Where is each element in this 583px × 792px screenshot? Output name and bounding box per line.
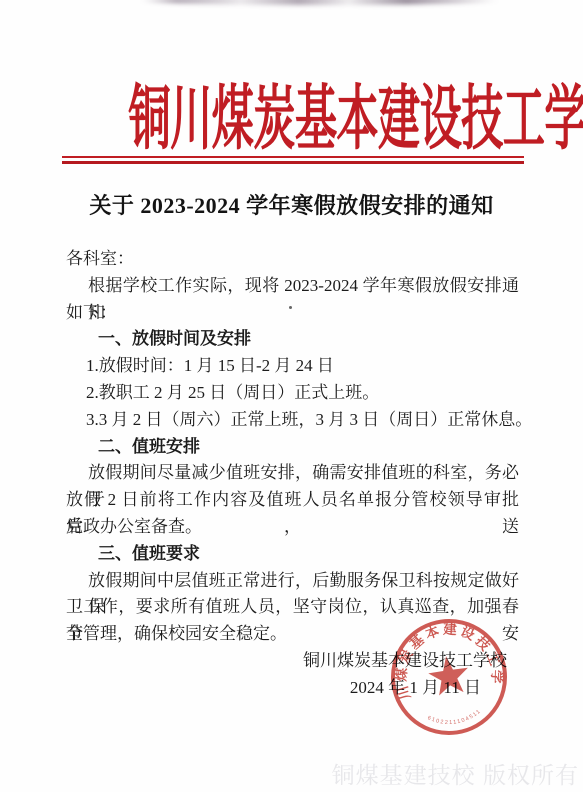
ink-speck	[289, 306, 292, 309]
section2-line1: 放假期间尽量减少值班安排，确需安排值班的科室，务必于	[66, 460, 519, 487]
copyright-watermark: 铜煤基建技校 版权所有	[332, 757, 579, 790]
school-name-header: 铜川煤炭基本建设技工学校	[129, 62, 583, 163]
scanned-notice-page: 铜川煤炭基本建设技工学校 关于 2023-2024 学年寒假放假安排的通知 各科…	[0, 0, 583, 792]
letterhead: 铜川煤炭基本建设技工学校	[0, 62, 583, 154]
section3-heading: 三、值班要求	[66, 541, 519, 568]
notice-title: 关于 2023-2024 学年寒假放假安排的通知	[0, 189, 583, 220]
letterhead-divider-thick	[62, 161, 524, 165]
scan-edge-artifact	[140, 0, 500, 5]
section1-heading: 一、放假时间及安排	[66, 326, 519, 353]
section1-item2: 2.教职工 2 月 25 日（周日）正式上班。	[66, 380, 519, 407]
salutation: 各科室：	[66, 246, 519, 273]
section2-line2: 放假 2 日前将工作内容及值班人员名单报分管校领导审批后，送	[66, 487, 519, 514]
section1-item3: 3.3 月 2 日（周六）正常上班，3 月 3 日（周日）正常休息。	[66, 407, 519, 434]
section2-heading: 二、值班安排	[66, 434, 519, 461]
section1-item1: 1.放假时间：1 月 15 日-2 月 24 日	[66, 353, 519, 380]
seal-graphic: 铜川煤炭基本建设技工学校 6102211104511	[364, 592, 533, 761]
intro-line-1: 根据学校工作实际，现将 2023-2024 学年寒假放假安排通知	[66, 273, 519, 300]
intro-line-2: 如下：	[66, 300, 519, 327]
official-seal: 铜川煤炭基本建设技工学校 6102211104511	[364, 592, 533, 761]
section3-line1: 放假期间中层值班正常进行，后勤服务保卫科按规定做好保	[66, 568, 519, 595]
seal-star	[426, 653, 471, 696]
letterhead-divider-thin	[62, 156, 524, 158]
